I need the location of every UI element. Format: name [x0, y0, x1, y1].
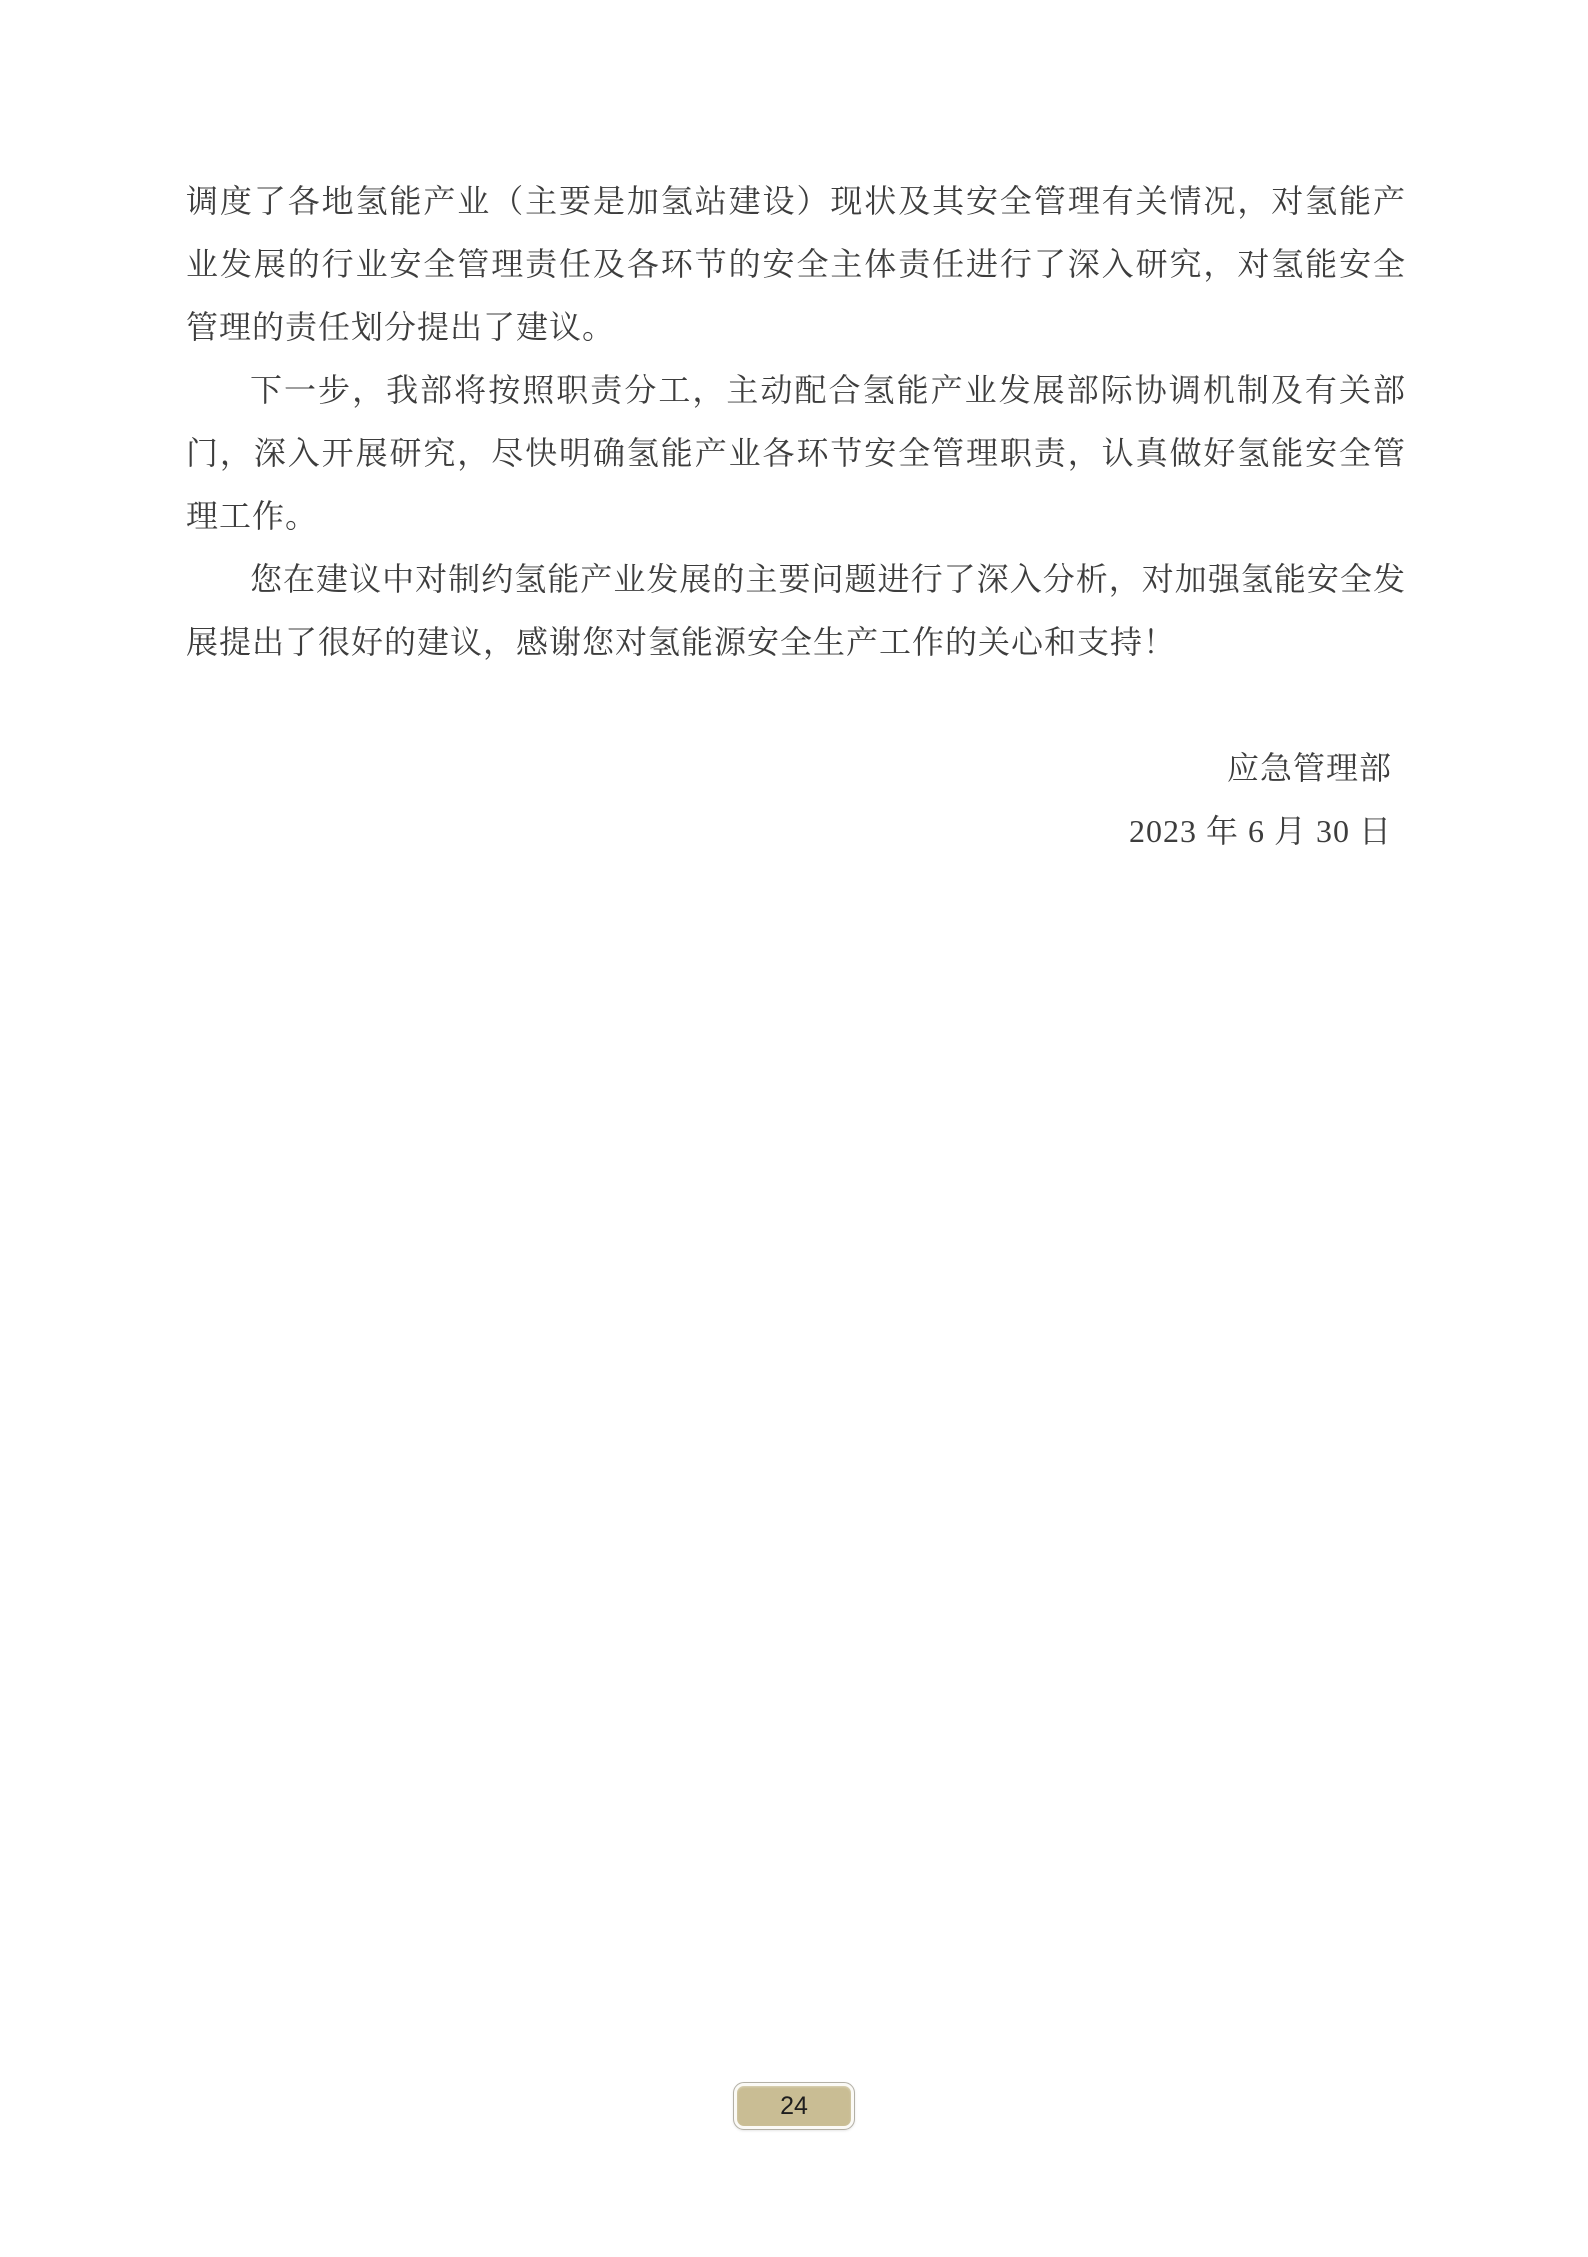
body-paragraph-next-steps: 下一步，我部将按照职责分工，主动配合氢能产业发展部际协调机制及有关部门，深入开展… [186, 359, 1406, 548]
date-line: 2023 年 6 月 30 日 [186, 800, 1392, 863]
letter-body: 调度了各地氢能产业（主要是加氢站建设）现状及其安全管理有关情况，对氢能产业发展的… [186, 170, 1406, 863]
signature-block: 应急管理部 2023 年 6 月 30 日 [186, 737, 1406, 863]
body-paragraph-continuation: 调度了各地氢能产业（主要是加氢站建设）现状及其安全管理有关情况，对氢能产业发展的… [186, 170, 1406, 359]
page-number: 24 [780, 2092, 808, 2121]
body-paragraph-thanks: 您在建议中对制约氢能产业发展的主要问题进行了深入分析，对加强氢能安全发展提出了很… [186, 548, 1406, 674]
signature-line: 应急管理部 [186, 737, 1392, 800]
document-page: 调度了各地氢能产业（主要是加氢站建设）现状及其安全管理有关情况，对氢能产业发展的… [0, 0, 1588, 2257]
page-number-badge: 24 [734, 2083, 854, 2129]
